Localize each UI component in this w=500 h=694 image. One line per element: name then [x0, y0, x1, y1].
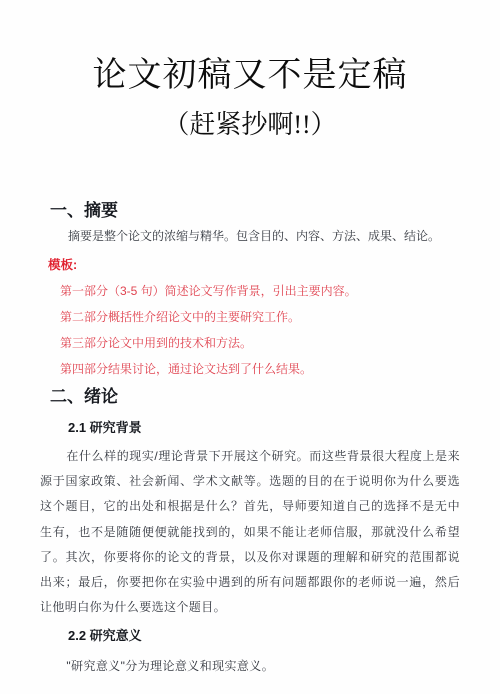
document-page: 论文初稿又不是定稿 （赶紧抄啊!!） 一、摘要 摘要是整个论文的浓缩与精华。包含…	[0, 0, 500, 694]
section-heading-introduction: 二、绪论	[50, 387, 460, 407]
research-significance-paragraph: "研究意义"分为理论意义和现实意义。	[40, 654, 460, 679]
section-heading-abstract: 一、摘要	[50, 201, 460, 221]
document-subtitle: （赶紧抄啊!!）	[40, 110, 460, 140]
abstract-intro-text: 摘要是整个论文的浓缩与精华。包含目的、内容、方法、成果、结论。	[68, 228, 460, 245]
template-line-1: 第一部分（3-5 句）简述论文写作背景，引出主要内容。	[60, 283, 460, 299]
template-line-3: 第三部分论文中用到的技术和方法。	[60, 335, 460, 351]
template-label: 模板:	[48, 257, 460, 273]
subsection-heading-research-background: 2.1 研究背景	[68, 420, 460, 436]
subsection-heading-research-significance: 2.2 研究意义	[68, 628, 460, 644]
template-line-4: 第四部分结果讨论，通过论文达到了什么结果。	[60, 361, 460, 377]
document-title: 论文初稿又不是定稿	[40, 0, 460, 95]
research-background-paragraph: 在什么样的现实/理论背景下开展这个研究。而这些背景很大程度上是来源于国家政策、社…	[40, 444, 460, 620]
template-line-2: 第二部分概括性介绍论文中的主要研究工作。	[60, 309, 460, 325]
